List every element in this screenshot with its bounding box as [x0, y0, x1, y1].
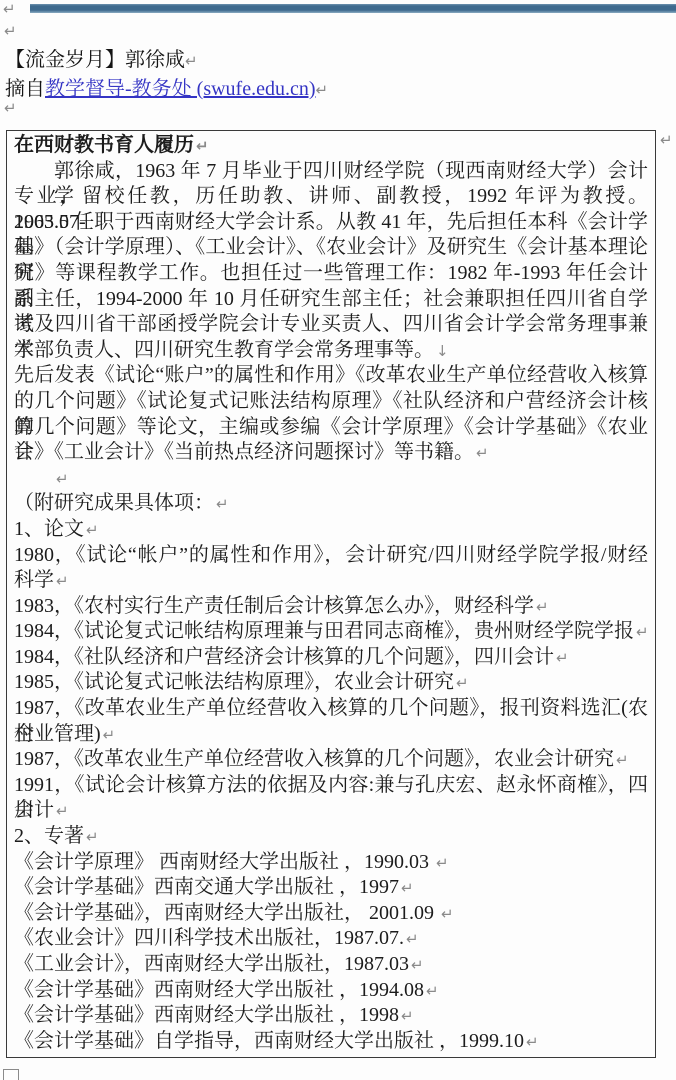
next-box-fragment — [3, 1069, 19, 1080]
line-text: 先后发表《试论“账户”的属性和作用》《改革农业生产单位经营收入核算 — [14, 364, 648, 386]
text-line: 础》（会计学原理）、《工业会计》、《农业会计》及研究生《会计基本理论研 — [14, 235, 648, 261]
paragraph-mark-icon: ↵ — [616, 751, 629, 769]
paragraph-mark-icon: ↵ — [401, 1007, 414, 1025]
line-text: 《会计学基础》西南财经大学出版社 ，1998 — [14, 1004, 399, 1026]
paragraph-mark-icon: ↵ — [216, 495, 229, 513]
text-line: 1987，《改革农业生产单位经营收入核算的几个问题》，农业会计研究↵ — [14, 747, 648, 773]
source-hyperlink[interactable]: 教学督导-教务处 (swufe.edu.cn) — [45, 78, 316, 100]
paragraph-mark-icon: ↵ — [456, 674, 469, 692]
line-text: 科学 — [14, 569, 54, 591]
text-line: ↵ — [14, 466, 648, 492]
text-line: 会计↵ — [14, 798, 648, 824]
text-line: 2、专著↵ — [14, 824, 648, 850]
text-line: 的几个问题》等论文，主编或参编《会计学原理》《会计学基础》《农业会 — [14, 415, 648, 441]
text-line: 计》《工业会计》《当前热点经济问题探讨》等书籍。↵ — [14, 440, 648, 466]
paragraph-mark-icon: ↵ — [3, 2, 16, 17]
text-line: 《会计学原理》 西南财经大学出版社 ，1990.03 ↵ — [14, 850, 648, 876]
paragraph-mark-icon: ↵ — [185, 52, 198, 70]
paragraph-mark-icon: ↵ — [56, 802, 69, 820]
line-text: 《农业会计》四川科学技术出版社，1987.07. — [14, 927, 404, 949]
text-line: 1991，《试论会计核算方法的依据及内容:兼与孔庆宏、赵永怀商榷》，四川 — [14, 773, 648, 799]
paragraph-mark-icon: ↵ — [436, 854, 449, 872]
line-text: 《会计学原理》 西南财经大学出版社 ，1990.03 — [14, 851, 434, 873]
text-line: 《会计学基础》西南财经大学出版社 ，1994.08↵ — [14, 978, 648, 1004]
paragraph-mark-icon: ↵ — [56, 470, 69, 488]
paragraph-mark-icon: ↵ — [103, 726, 116, 744]
paragraph-mark-icon: ↵ — [406, 930, 419, 948]
line-text: 1980，《试论“帐户”的属性和作用》，会计研究/四川财经学院学报/财经 — [14, 544, 648, 566]
text-line: 《农业会计》四川科学技术出版社，1987.07.↵ — [14, 926, 648, 952]
text-line: 1984，《试论复式记帐结构原理兼与田君同志商榷》，贵州财经学院学报↵ — [14, 619, 648, 645]
paragraph-mark-icon: ↵ — [536, 598, 549, 616]
line-text: 会计 — [14, 799, 54, 821]
text-line: 《会计学基础》西南财经大学出版社 ，1998↵ — [14, 1003, 648, 1029]
text-line: 1980，《试论“帐户”的属性和作用》，会计研究/四川财经学院学报/财经 — [14, 543, 648, 569]
text-line: 1983，《农村实行生产责任制后会计核算怎么办》，财经科学↵ — [14, 594, 648, 620]
line-text: 《工业会计》，西南财经大学出版社，1987.03 — [14, 953, 409, 975]
text-line: 《会计学基础》自学指导，西南财经大学出版社 ，1999.10↵ — [14, 1029, 648, 1055]
text-line: 术部负责人、四川研究生教育学会常务理事等。↓ — [14, 338, 648, 364]
text-line: 《会计学基础》，西南财经大学出版社， 2001.09 ↵ — [14, 901, 648, 927]
text-line: 企业管理)↵ — [14, 722, 648, 748]
text-line: 在西财教书育人履历↵ — [14, 133, 648, 159]
source-line: 摘自教学督导-教务处 (swufe.edu.cn)↵ — [5, 75, 665, 103]
paragraph-mark-icon: ↵ — [411, 956, 424, 974]
line-text: 术部负责人、四川研究生教育学会常务理事等。 — [14, 339, 434, 361]
paragraph-mark-icon: ↵ — [660, 133, 673, 148]
line-text: 1、论文 — [14, 518, 84, 540]
line-text: 1987，《改革农业生产单位经营收入核算的几个问题》，农业会计研究 — [14, 748, 614, 770]
text-line: 科学↵ — [14, 568, 648, 594]
text-line: 1、论文↵ — [14, 517, 648, 543]
linebreak-mark-icon: ↓ — [436, 342, 449, 360]
text-line: 《会计学基础》西南交通大学出版社 ，1997↵ — [14, 875, 648, 901]
line-text: 《会计学基础》自学指导，西南财经大学出版社 ，1999.10 — [14, 1030, 524, 1052]
page-title: 【流金岁月】郭徐咸↵ — [5, 46, 665, 74]
paragraph-mark-icon: ↵ — [4, 24, 17, 39]
paragraph-mark-icon: ↵ — [556, 649, 569, 667]
text-line: 1987，《改革农业生产单位经营收入核算的几个问题》，报刊资料选汇(农村 — [14, 696, 648, 722]
title-text: 【流金岁月】郭徐咸 — [5, 49, 185, 71]
paragraph-mark-icon: ↵ — [196, 137, 209, 155]
paragraph-mark-icon: ↵ — [441, 905, 454, 923]
text-box-lines: 在西财教书育人履历↵郭徐咸，1963 年 7 月毕业于四川财经学院（现西南财经大… — [14, 133, 648, 1054]
text-line: 先后发表《试论“账户”的属性和作用》《改革农业生产单位经营收入核算 — [14, 363, 648, 389]
paragraph-mark-icon: ↵ — [426, 982, 439, 1000]
line-text: 1984，《试论复式记帐结构原理兼与田君同志商榷》，贵州财经学院学报 — [14, 620, 634, 642]
line-text: 1984，《社队经济和户营经济会计核算的几个问题》，四川会计 — [14, 646, 554, 668]
paragraph-mark-icon: ↵ — [526, 1033, 539, 1051]
source-prefix: 摘自 — [5, 78, 45, 100]
text-line: 专业，留校任教，历任助教、讲师、副教授，1992 年评为教授。1963.07- — [14, 184, 648, 210]
paragraph-mark-icon: ↵ — [4, 101, 17, 116]
paragraph-mark-icon: ↵ — [86, 521, 99, 539]
line-text: 《会计学基础》西南财经大学出版社 ，1994.08 — [14, 979, 424, 1001]
text-line: 2005.5 任职于西南财经大学会计系。从教 41 年，先后担任本科《会计学基 — [14, 210, 648, 236]
paragraph-mark-icon: ↵ — [316, 81, 329, 99]
line-text: 1983，《农村实行生产责任制后会计核算怎么办》，财经科学 — [14, 595, 534, 617]
text-line: 郭徐咸，1963 年 7 月毕业于四川财经学院（现西南财经大学）会计学 — [14, 159, 648, 185]
text-line: 副主任，1994-2000 年 10 月任研究生部主任；社会兼职担任四川省自学考 — [14, 287, 648, 313]
paragraph-mark-icon: ↵ — [56, 572, 69, 590]
text-box: 在西财教书育人履历↵郭徐咸，1963 年 7 月毕业于四川财经学院（现西南财经大… — [6, 130, 656, 1058]
line-text: 2、专著 — [14, 825, 84, 847]
text-line: 试及四川省干部函授学院会计专业买责人、四川省会计学会常务理事兼学 — [14, 312, 648, 338]
horizontal-rule — [30, 4, 676, 13]
line-text: 在西财教书育人履历 — [14, 134, 194, 156]
line-text: 《会计学基础》西南交通大学出版社 ，1997 — [14, 876, 399, 898]
line-text: 企业管理) — [14, 723, 101, 745]
line-text: 1985，《试论复式记帐法结构原理》，农业会计研究 — [14, 671, 454, 693]
text-line: （附研究成果具体项：↵ — [14, 491, 648, 517]
text-line: 《工业会计》，西南财经大学出版社，1987.03↵ — [14, 952, 648, 978]
line-text: 计》《工业会计》《当前热点经济问题探讨》等书籍。 — [14, 441, 474, 463]
paragraph-mark-icon: ↵ — [636, 623, 649, 641]
paragraph-mark-icon: ↵ — [476, 444, 489, 462]
paragraph-mark-icon: ↵ — [401, 879, 414, 897]
text-line: 究》等课程教学工作。也担任过一些管理工作：1982 年-1993 年任会计系 — [14, 261, 648, 287]
line-text: 《会计学基础》，西南财经大学出版社， 2001.09 — [14, 902, 439, 924]
line-text: （附研究成果具体项： — [14, 492, 214, 514]
text-line: 1984，《社队经济和户营经济会计核算的几个问题》，四川会计↵ — [14, 645, 648, 671]
text-line: 1985，《试论复式记帐法结构原理》，农业会计研究↵ — [14, 670, 648, 696]
paragraph-mark-icon: ↵ — [86, 828, 99, 846]
text-line: 的几个问题》《试论复式记账法结构原理》《社队经济和户营经济会计核算 — [14, 389, 648, 415]
